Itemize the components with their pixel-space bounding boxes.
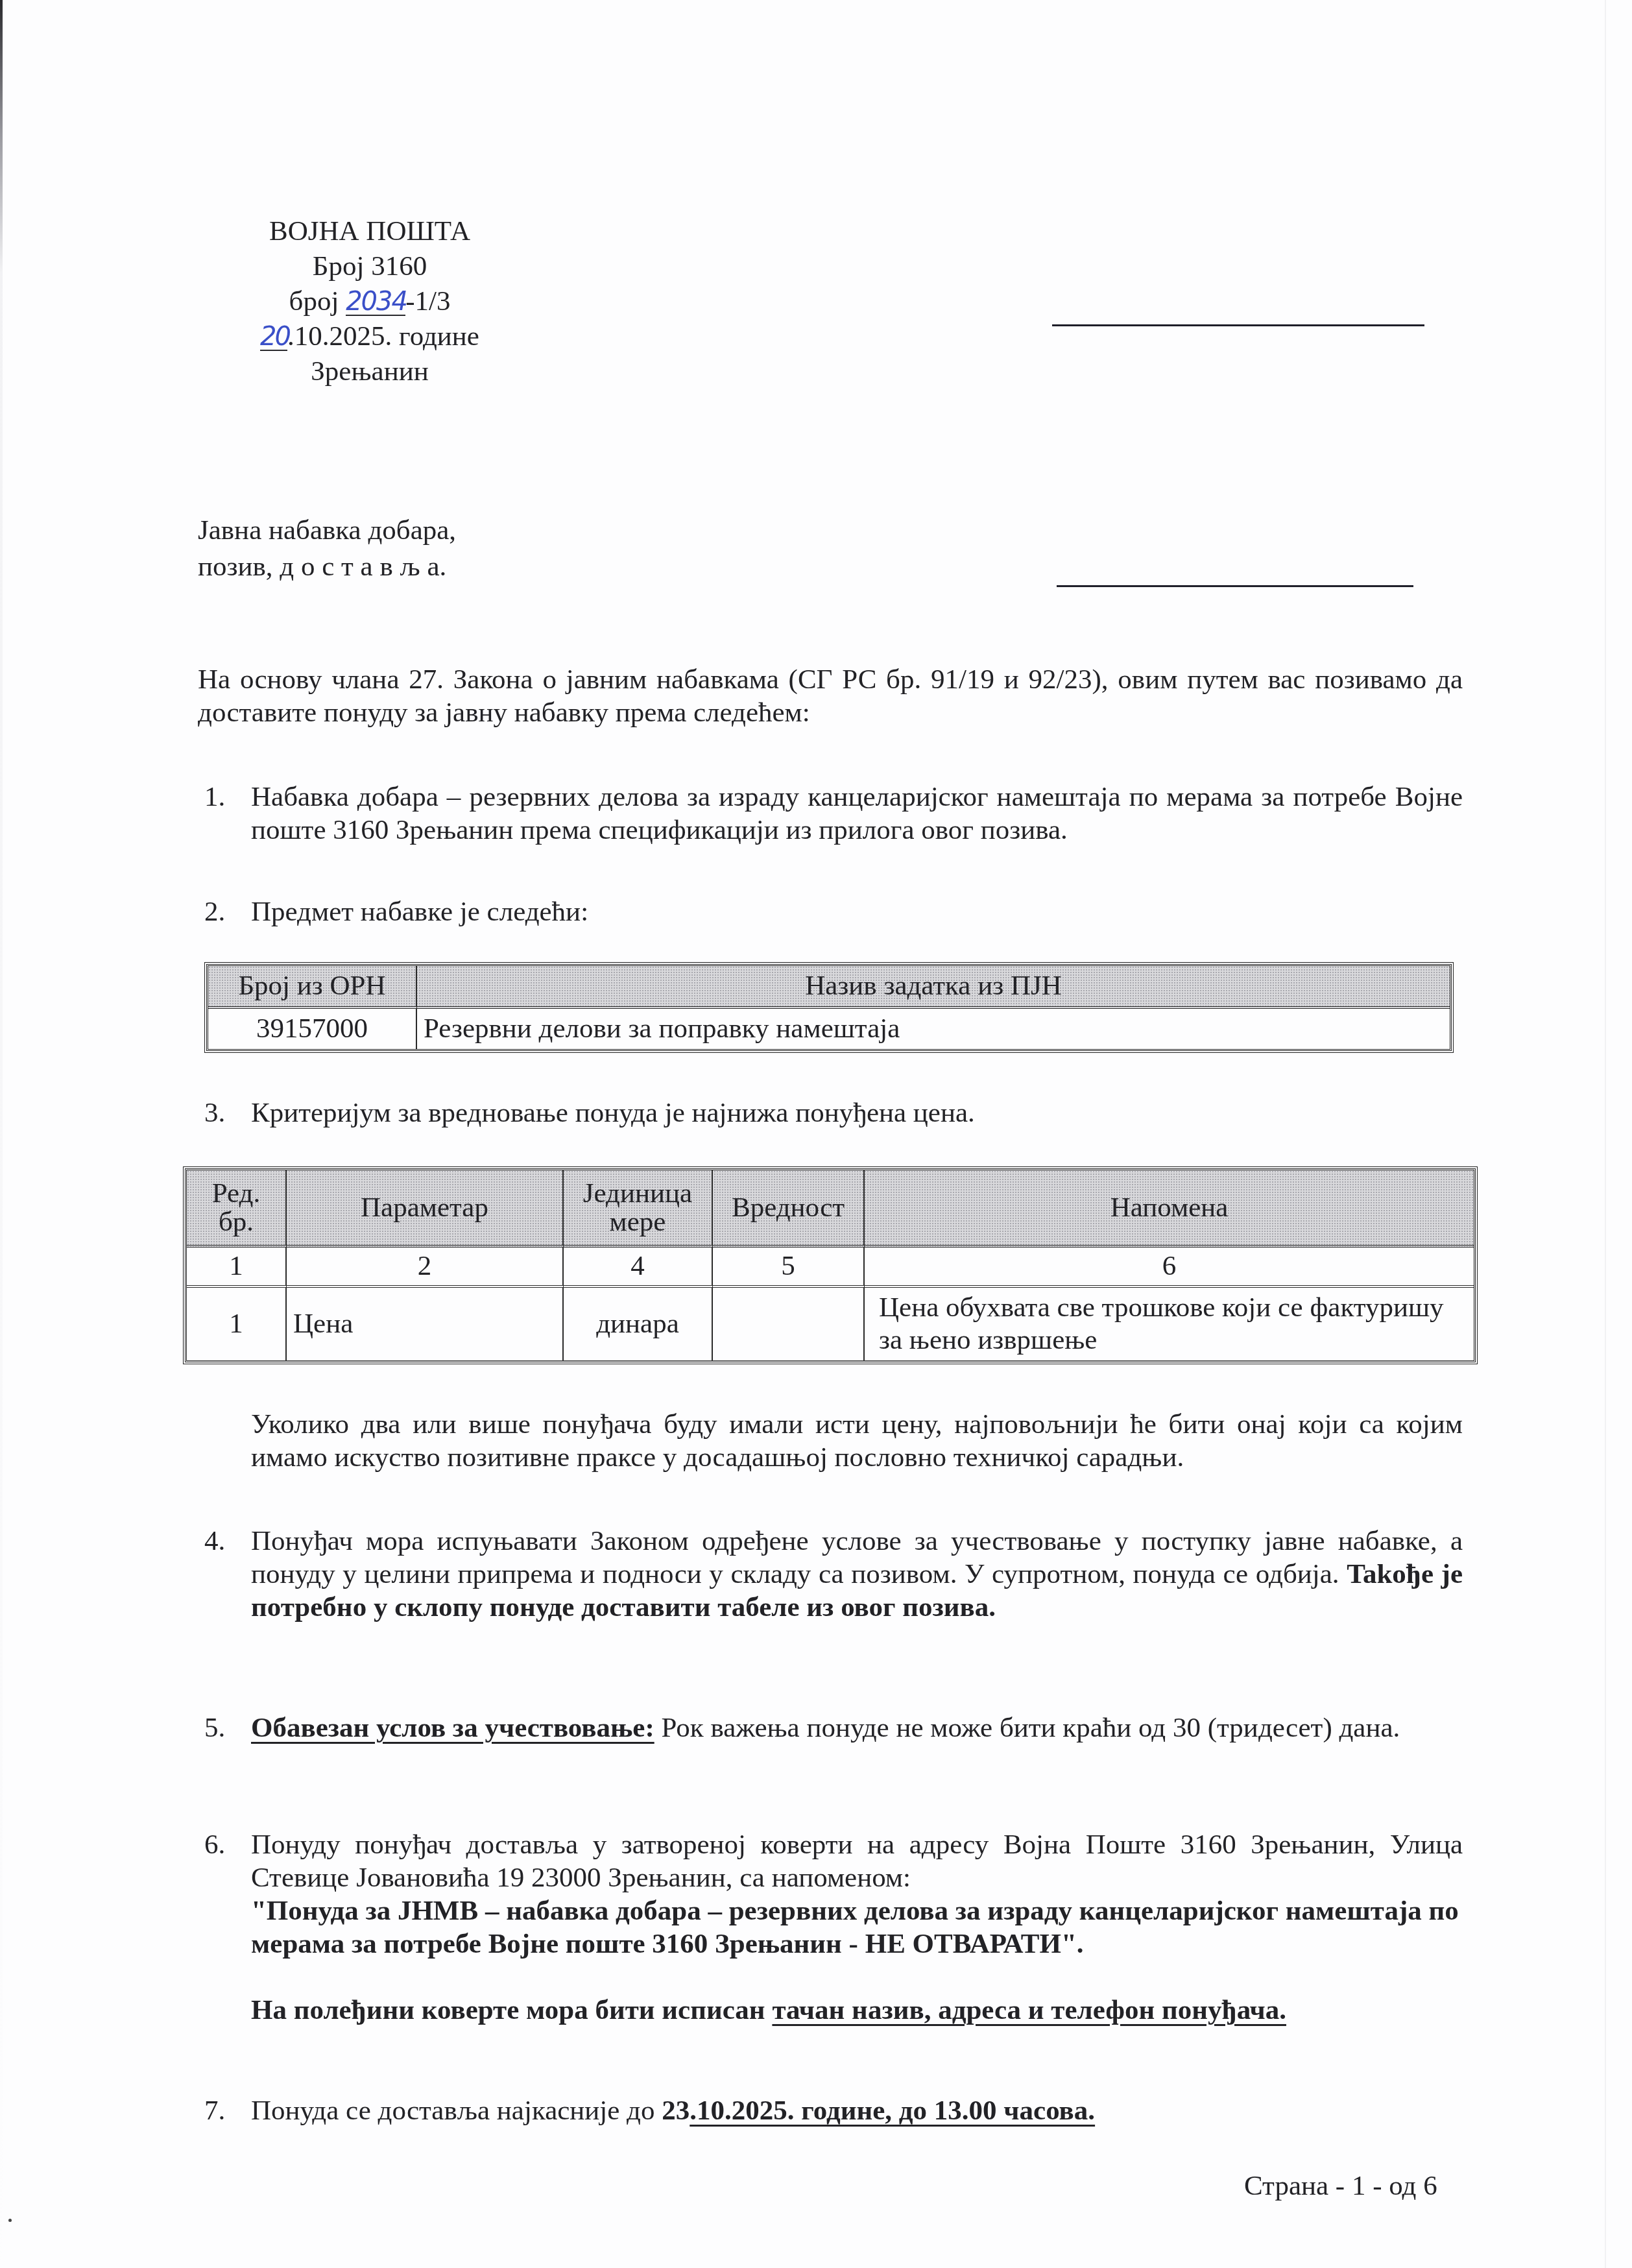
list-item-1: 1. Набавка добара – резервних делова за … bbox=[198, 780, 1463, 847]
list-item-5: 5. Обавезан услов за учествовање: Рок ва… bbox=[198, 1711, 1463, 1744]
envelope-required-info: тачан назив, адреса и телефон понуђача. bbox=[772, 1995, 1286, 2025]
table-header-row: Број из ОРН Назив задатка из ПЈН bbox=[208, 966, 1450, 1009]
header-cell: Назив задатка из ПЈН bbox=[417, 966, 1450, 1009]
list-item-7: 7. Понуда се доставља најкасније до 23.1… bbox=[198, 2094, 1463, 2127]
reference-number: број 2034-1/3 bbox=[214, 284, 525, 319]
mandatory-condition-label: Обавезан услов за учествовање: bbox=[251, 1713, 654, 1743]
handwritten-ref-number: 2034 bbox=[346, 289, 405, 316]
table-header-row: Ред. бр. Параметар Јединица мере Вреднос… bbox=[187, 1170, 1474, 1248]
column-index-row: 1 2 4 5 6 bbox=[187, 1248, 1474, 1288]
envelope-label-quote: "Понуда за ЈНМВ – набавка добара – резер… bbox=[251, 1896, 1459, 1959]
tie-rule-paragraph: Уколико два или више понуђача буду имали… bbox=[198, 1408, 1463, 1474]
submission-deadline: .10.2025. године, до 13.00 часова. bbox=[690, 2095, 1095, 2126]
recipient-line-1 bbox=[1052, 324, 1424, 326]
list-item-2: 2. Предмет набавке је следећи: bbox=[198, 895, 1463, 928]
table-row: 39157000 Резервни делови за поправку нам… bbox=[208, 1009, 1450, 1049]
header-cell: Ред. бр. bbox=[187, 1170, 287, 1248]
list-item-4: 4. Понуђач мора испуњавати Законом одређ… bbox=[198, 1525, 1463, 1624]
org-name: ВОЈНА ПОШТА bbox=[214, 214, 525, 249]
scan-edge bbox=[0, 0, 3, 2268]
evaluation-criteria-table: Ред. бр. Параметар Јединица мере Вреднос… bbox=[185, 1168, 1476, 1362]
list-item-6: 6. Понуду понуђач доставља у затвореној … bbox=[198, 1828, 1463, 2027]
unit-number: Број 3160 bbox=[214, 249, 525, 284]
header-cell: Параметар bbox=[287, 1170, 564, 1248]
subject-note: Јавна набавка добара, позив, д о с т а в… bbox=[198, 513, 456, 585]
task-name-cell: Резервни делови за поправку намештаја bbox=[417, 1009, 1450, 1049]
page-number: Страна - 1 - од 6 bbox=[1244, 2170, 1437, 2202]
table-row: 1 Цена динара Цена обухвата све трошкове… bbox=[187, 1288, 1474, 1360]
value-cell bbox=[713, 1288, 865, 1360]
city: Зрењанин bbox=[214, 354, 525, 389]
letterhead: ВОЈНА ПОШТА Број 3160 број 2034-1/3 20.1… bbox=[214, 214, 525, 389]
intro-paragraph: На основу члана 27. Закона о јавним наба… bbox=[198, 663, 1463, 729]
header-cell: Вредност bbox=[713, 1170, 865, 1248]
orn-code-cell: 39157000 bbox=[208, 1009, 417, 1049]
header-cell: Напомена bbox=[865, 1170, 1474, 1248]
header-cell: Број из ОРН bbox=[208, 966, 417, 1009]
header-cell: Јединица мере bbox=[564, 1170, 713, 1248]
scan-shadow bbox=[1605, 0, 1606, 2268]
recipient-line-2 bbox=[1057, 585, 1413, 587]
handwritten-day: 20 bbox=[260, 324, 287, 351]
list-item-3: 3. Критеријум за вредновање понуда је на… bbox=[198, 1096, 1463, 1129]
scan-speck bbox=[8, 2219, 12, 2222]
document-date: 20.10.2025. године bbox=[214, 319, 525, 354]
procurement-subject-table: Број из ОРН Назив задатка из ПЈН 3915700… bbox=[206, 964, 1452, 1051]
